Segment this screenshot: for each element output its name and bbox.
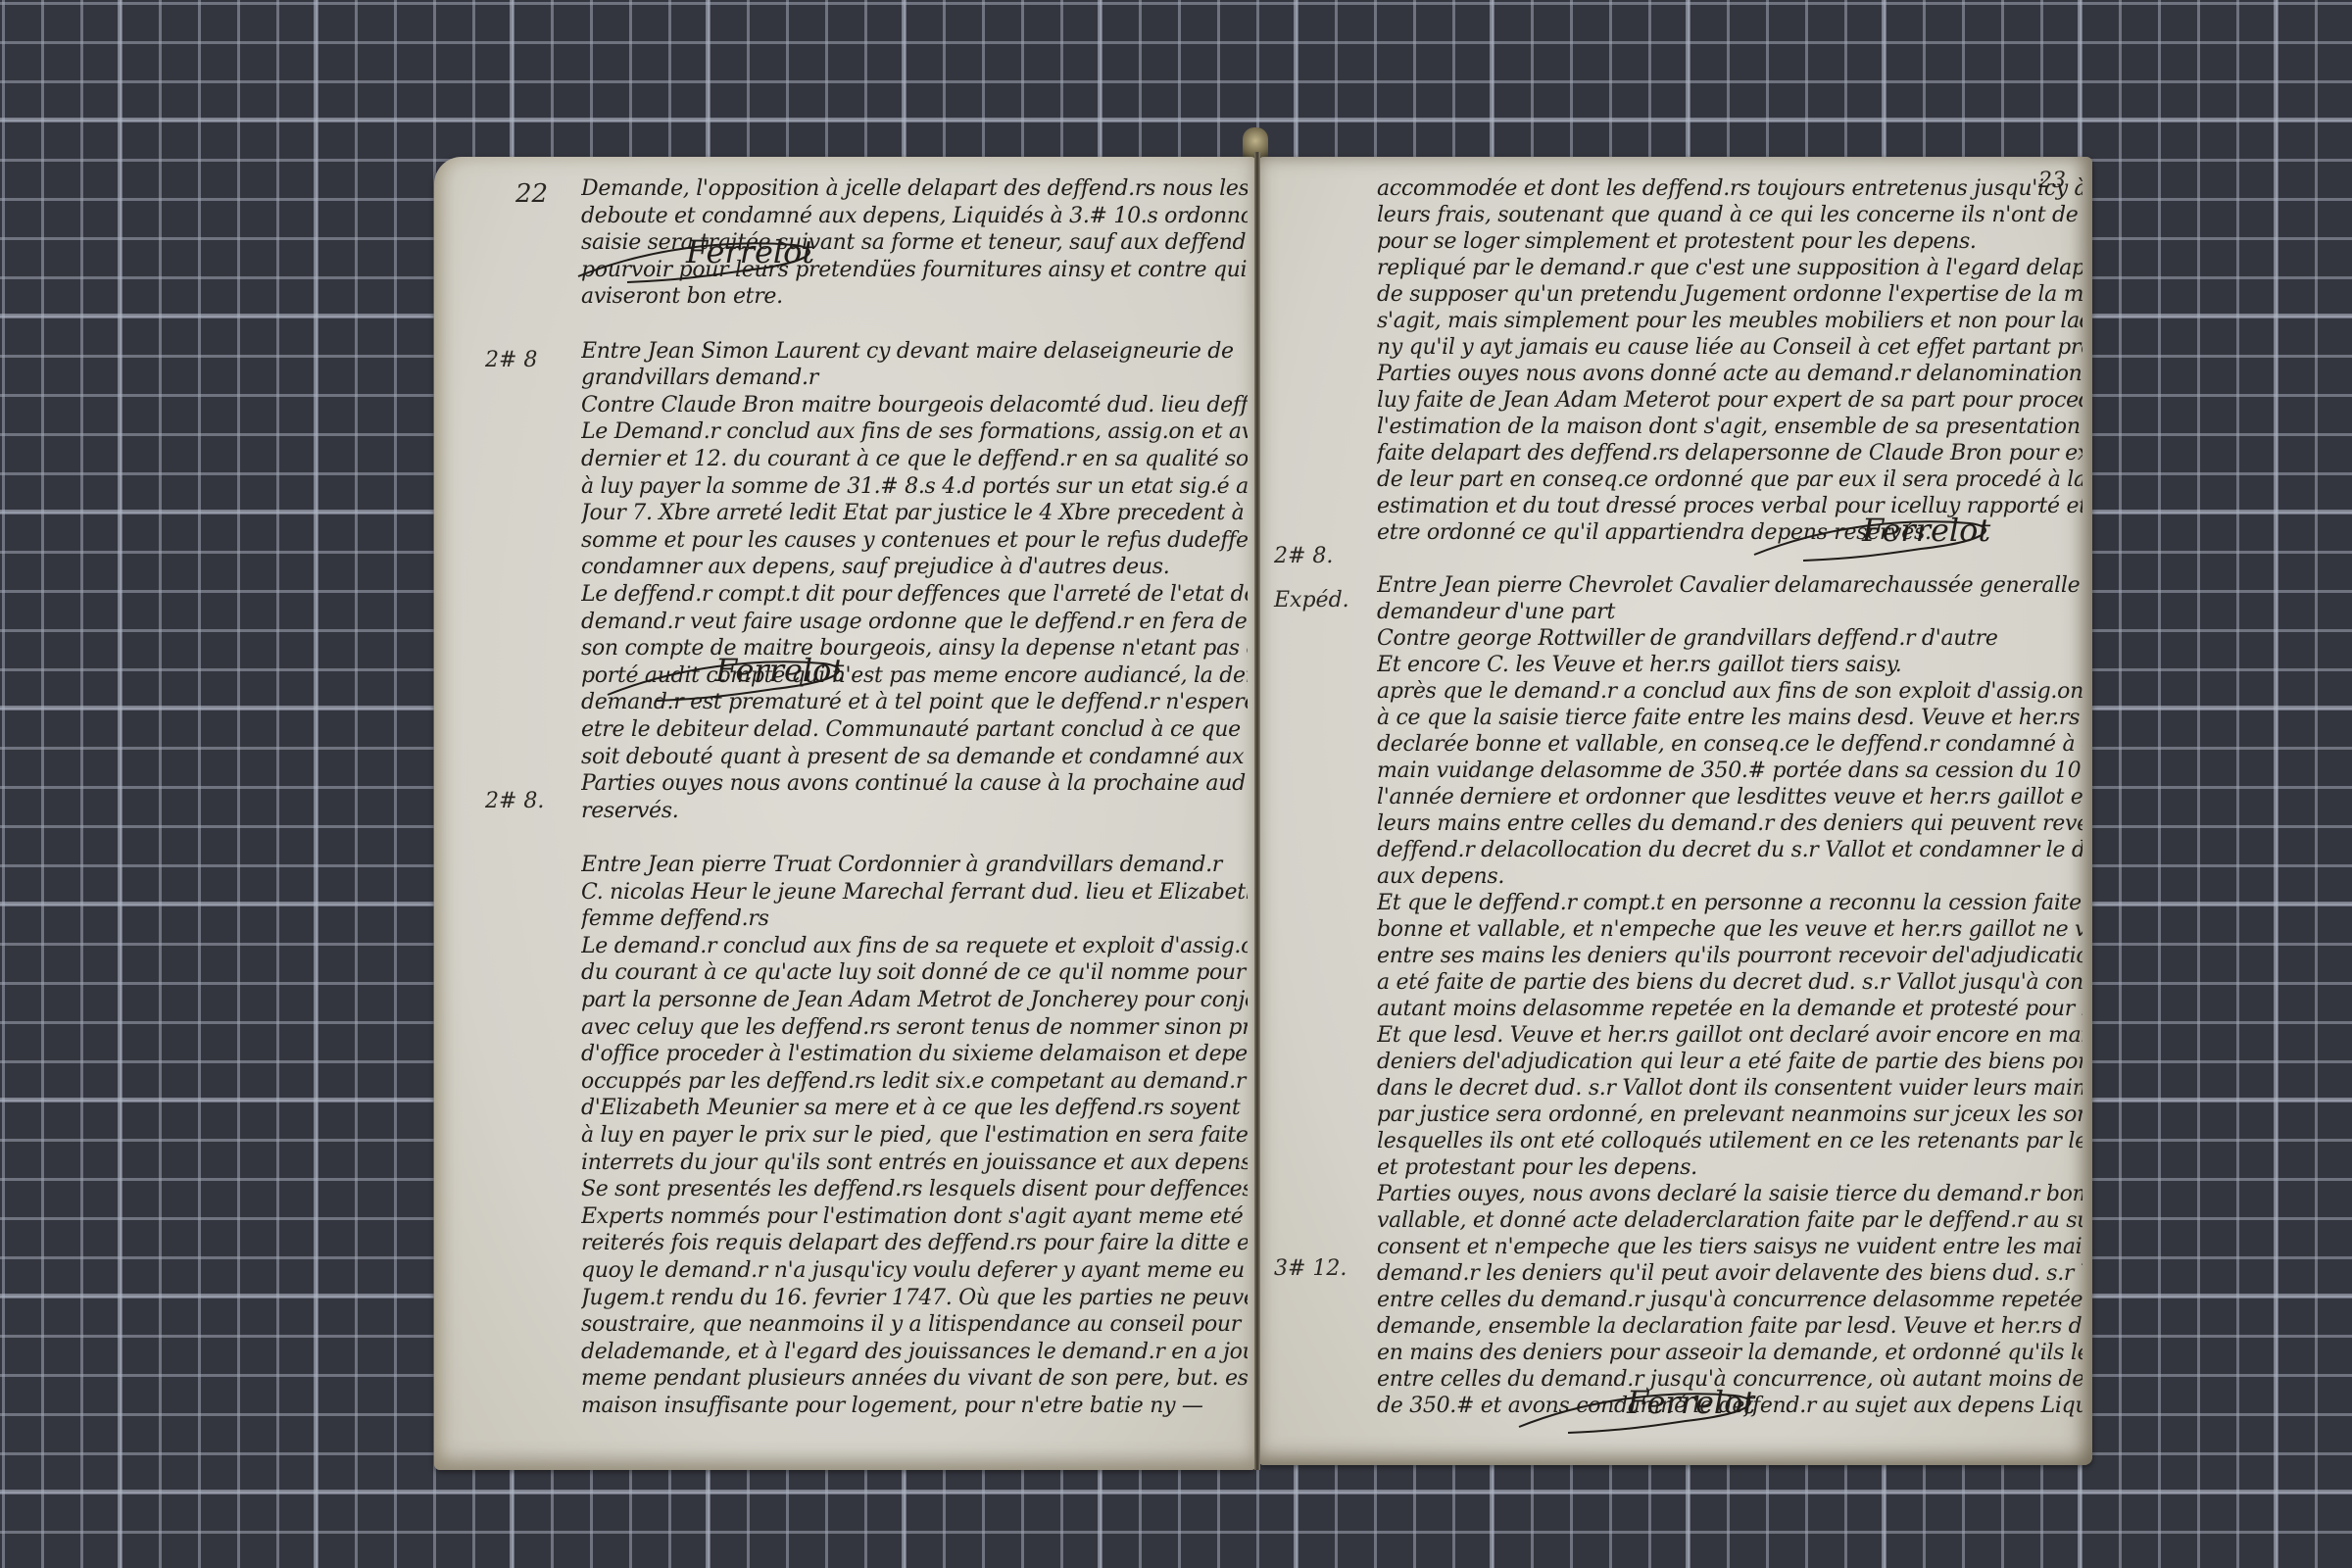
manuscript-line: deniers del'adjudication qui leur a eté …	[1377, 1048, 2082, 1077]
manuscript-line: demand.r les deniers qu'il peut avoir de…	[1377, 1259, 2082, 1289]
manuscript-line: reservés.	[581, 797, 1248, 826]
manuscript-line: Parties ouyes nous avons donné acte au d…	[1377, 360, 2082, 389]
manuscript-line: Demande, l'opposition à jcelle delapart …	[581, 174, 1248, 204]
manuscript-line: condamner aux depens, sauf prejudice à d…	[581, 553, 1248, 582]
right-page: 23 accommodée et dont les deffend.rs tou…	[1259, 157, 2092, 1465]
manuscript-line: d'office proceder à l'estimation du sixi…	[581, 1040, 1248, 1069]
clerk-signature: Ferrelot	[686, 233, 814, 270]
manuscript-line: à luy en payer le prix sur le pied, que …	[581, 1121, 1248, 1151]
margin-note-fee: Expéd.	[1274, 588, 1349, 612]
manuscript-line: par justice sera ordonné, en prelevant n…	[1377, 1101, 2082, 1130]
manuscript-line: delademande, et à l'egard des jouissance…	[581, 1338, 1248, 1367]
manuscript-line: à ce que la saisie tierce faite entre le…	[1377, 704, 2082, 733]
manuscript-line: l'année derniere et ordonner que lesditt…	[1377, 783, 2082, 812]
manuscript-line: leurs frais, soutenant que quand à ce qu…	[1377, 201, 2082, 230]
manuscript-line: maison insuffisante pour logement, pour …	[581, 1392, 1248, 1421]
manuscript-line: Jour 7. Xbre arreté ledit Etat par justi…	[581, 499, 1248, 528]
manuscript-line: demand.r veut faire usage ordonne que le…	[581, 608, 1248, 637]
manuscript-line: lesquelles ils ont eté colloqués utileme…	[1377, 1127, 2082, 1156]
manuscript-line: du courant à ce qu'acte luy soit donné d…	[581, 958, 1248, 988]
manuscript-line: Entre Jean pierre Chevrolet Cavalier del…	[1377, 571, 2082, 601]
manuscript-line: femme deffend.rs	[581, 905, 1248, 934]
manuscript-line: Entre Jean Simon Laurent cy devant maire…	[581, 337, 1248, 367]
manuscript-line: a eté faite de partie des biens du decre…	[1377, 968, 2082, 998]
margin-note-fee: 2# 8	[485, 348, 537, 372]
clerk-signature: Ferrelot	[715, 652, 844, 689]
manuscript-line: Et encore C. les Veuve et her.rs gaillot…	[1377, 651, 2082, 680]
manuscript-line: dans le decret dud. s.r Vallot dont ils …	[1377, 1074, 2082, 1103]
manuscript-line: d'Elizabeth Meunier sa mere et à ce que …	[581, 1094, 1248, 1123]
manuscript-line: avec celuy que les deffend.rs seront ten…	[581, 1013, 1248, 1043]
margin-note-fee: 2# 8.	[485, 789, 544, 813]
manuscript-line: Contre george Rottwiller de grandvillars…	[1377, 624, 2082, 654]
manuscript-line: Jugem.t rendu du 16. fevrier 1747. Où qu…	[581, 1284, 1248, 1313]
manuscript-line: Se sont presentés les deffend.rs lesquel…	[581, 1175, 1248, 1204]
manuscript-line: interrets du jour qu'ils sont entrés en …	[581, 1149, 1248, 1178]
manuscript-line: luy faite de Jean Adam Meterot pour expe…	[1377, 386, 2082, 416]
manuscript-line: Et que le deffend.r compt.t en personne …	[1377, 889, 2082, 918]
manuscript-line: bonne et vallable, et n'empeche que les …	[1377, 915, 2082, 945]
manuscript-line: aux depens.	[1377, 862, 2082, 892]
book-spine	[1254, 152, 1260, 1470]
folio-number-left: 22	[515, 179, 548, 209]
manuscript-line: demandeur d'une part	[1377, 598, 2082, 627]
manuscript-line: pour se loger simplement et protestent p…	[1377, 227, 2082, 257]
manuscript-line: en mains des deniers pour asseoir la dem…	[1377, 1339, 2082, 1368]
margin-note-fee: 3# 12.	[1274, 1256, 1347, 1281]
manuscript-line: de supposer qu'un pretendu Jugement ordo…	[1377, 280, 2082, 310]
manuscript-line: meme pendant plusieurs années du vivant …	[581, 1364, 1248, 1394]
manuscript-line: Le Demand.r conclud aux fins de ses form…	[581, 417, 1248, 447]
manuscript-line: Et que lesd. Veuve et her.rs gaillot ont…	[1377, 1021, 2082, 1051]
manuscript-line: C. nicolas Heur le jeune Marechal ferran…	[581, 878, 1248, 907]
manuscript-line: part la personne de Jean Adam Metrot de …	[581, 986, 1248, 1015]
manuscript-line: après que le demand.r a conclud aux fins…	[1377, 677, 2082, 707]
manuscript-line: soit debouté quant à present de sa deman…	[581, 743, 1248, 772]
manuscript-line: s'agit, mais simplement pour les meubles…	[1377, 307, 2082, 336]
manuscript-line: demande, ensemble la declaration faite p…	[1377, 1312, 2082, 1342]
manuscript-line: entre ses mains les deniers qu'ils pourr…	[1377, 942, 2082, 971]
manuscript-line: repliqué par le demand.r que c'est une s…	[1377, 254, 2082, 283]
signature-flourish-icon	[568, 220, 921, 288]
manuscript-line: Experts nommés pour l'estimation dont s'…	[581, 1202, 1248, 1232]
manuscript-line: somme et pour les causes y contenues et …	[581, 526, 1248, 556]
manuscript-line: quoy le demand.r n'a jusqu'icy voulu def…	[581, 1256, 1248, 1286]
clerk-signature: Ferrelot	[1862, 512, 1990, 549]
manuscript-line: deffend.r delacollocation du decret du s…	[1377, 836, 2082, 865]
manuscript-line: de leur part en conseq.ce ordonné que pa…	[1377, 465, 2082, 495]
margin-note-fee: 2# 8.	[1274, 544, 1333, 568]
manuscript-line: declarée bonne et vallable, en conseq.ce…	[1377, 730, 2082, 759]
manuscript-line: Entre Jean pierre Truat Cordonnier à gra…	[581, 851, 1248, 880]
manuscript-line: Parties ouyes, nous avons declaré la sai…	[1377, 1180, 2082, 1209]
manuscript-line: soustraire, que neanmoins il y a litispe…	[581, 1310, 1248, 1340]
manuscript-line: Le deffend.r compt.t dit pour deffences …	[581, 580, 1248, 610]
clerk-signature: Ferrelot	[1627, 1384, 1755, 1421]
manuscript-line: faite delapart des deffend.rs delaperson…	[1377, 439, 2082, 468]
manuscript-line: Contre Claude Bron maitre bourgeois dela…	[581, 391, 1248, 420]
manuscript-line: l'estimation de la maison dont s'agit, e…	[1377, 413, 2082, 442]
left-page: 22 Demande, l'opposition à jcelle delapa…	[434, 157, 1255, 1470]
manuscript-line: Parties ouyes nous avons continué la cau…	[581, 769, 1248, 799]
signature-flourish-icon	[1509, 1370, 1862, 1439]
manuscript-line: à luy payer la somme de 31.# 8.s 4.d por…	[581, 472, 1248, 502]
manuscript-line: reiterés fois requis delapart des deffen…	[581, 1229, 1248, 1258]
manuscript-line: vallable, et donné acte deladerclaration…	[1377, 1206, 2082, 1236]
manuscript-line: ny qu'il y ayt jamais eu cause liée au C…	[1377, 333, 2082, 363]
manuscript-line: autant moins delasomme repetée en la dem…	[1377, 995, 2082, 1024]
signature-flourish-icon	[1744, 498, 2097, 566]
manuscript-line: entre celles du demand.r jusqu'à concurr…	[1377, 1286, 2082, 1315]
manuscript-line: consent et n'empeche que les tiers saisy…	[1377, 1233, 2082, 1262]
manuscript-line: Le demand.r conclud aux fins de sa reque…	[581, 932, 1248, 961]
manuscript-line: accommodée et dont les deffend.rs toujou…	[1377, 174, 2082, 204]
manuscript-line: et protestant pour les depens.	[1377, 1153, 2082, 1183]
manuscript-line: main vuidange delasomme de 350.# portée …	[1377, 757, 2082, 786]
manuscript-line: etre le debiteur delad. Communauté parta…	[581, 715, 1248, 745]
manuscript-line: occuppés par les deffend.rs ledit six.e …	[581, 1067, 1248, 1097]
signature-flourish-icon	[598, 638, 951, 707]
manuscript-line: dernier et 12. du courant à ce que le de…	[581, 445, 1248, 474]
manuscript-line: leurs mains entre celles du demand.r des…	[1377, 809, 2082, 839]
manuscript-line: grandvillars demand.r	[581, 364, 1248, 393]
